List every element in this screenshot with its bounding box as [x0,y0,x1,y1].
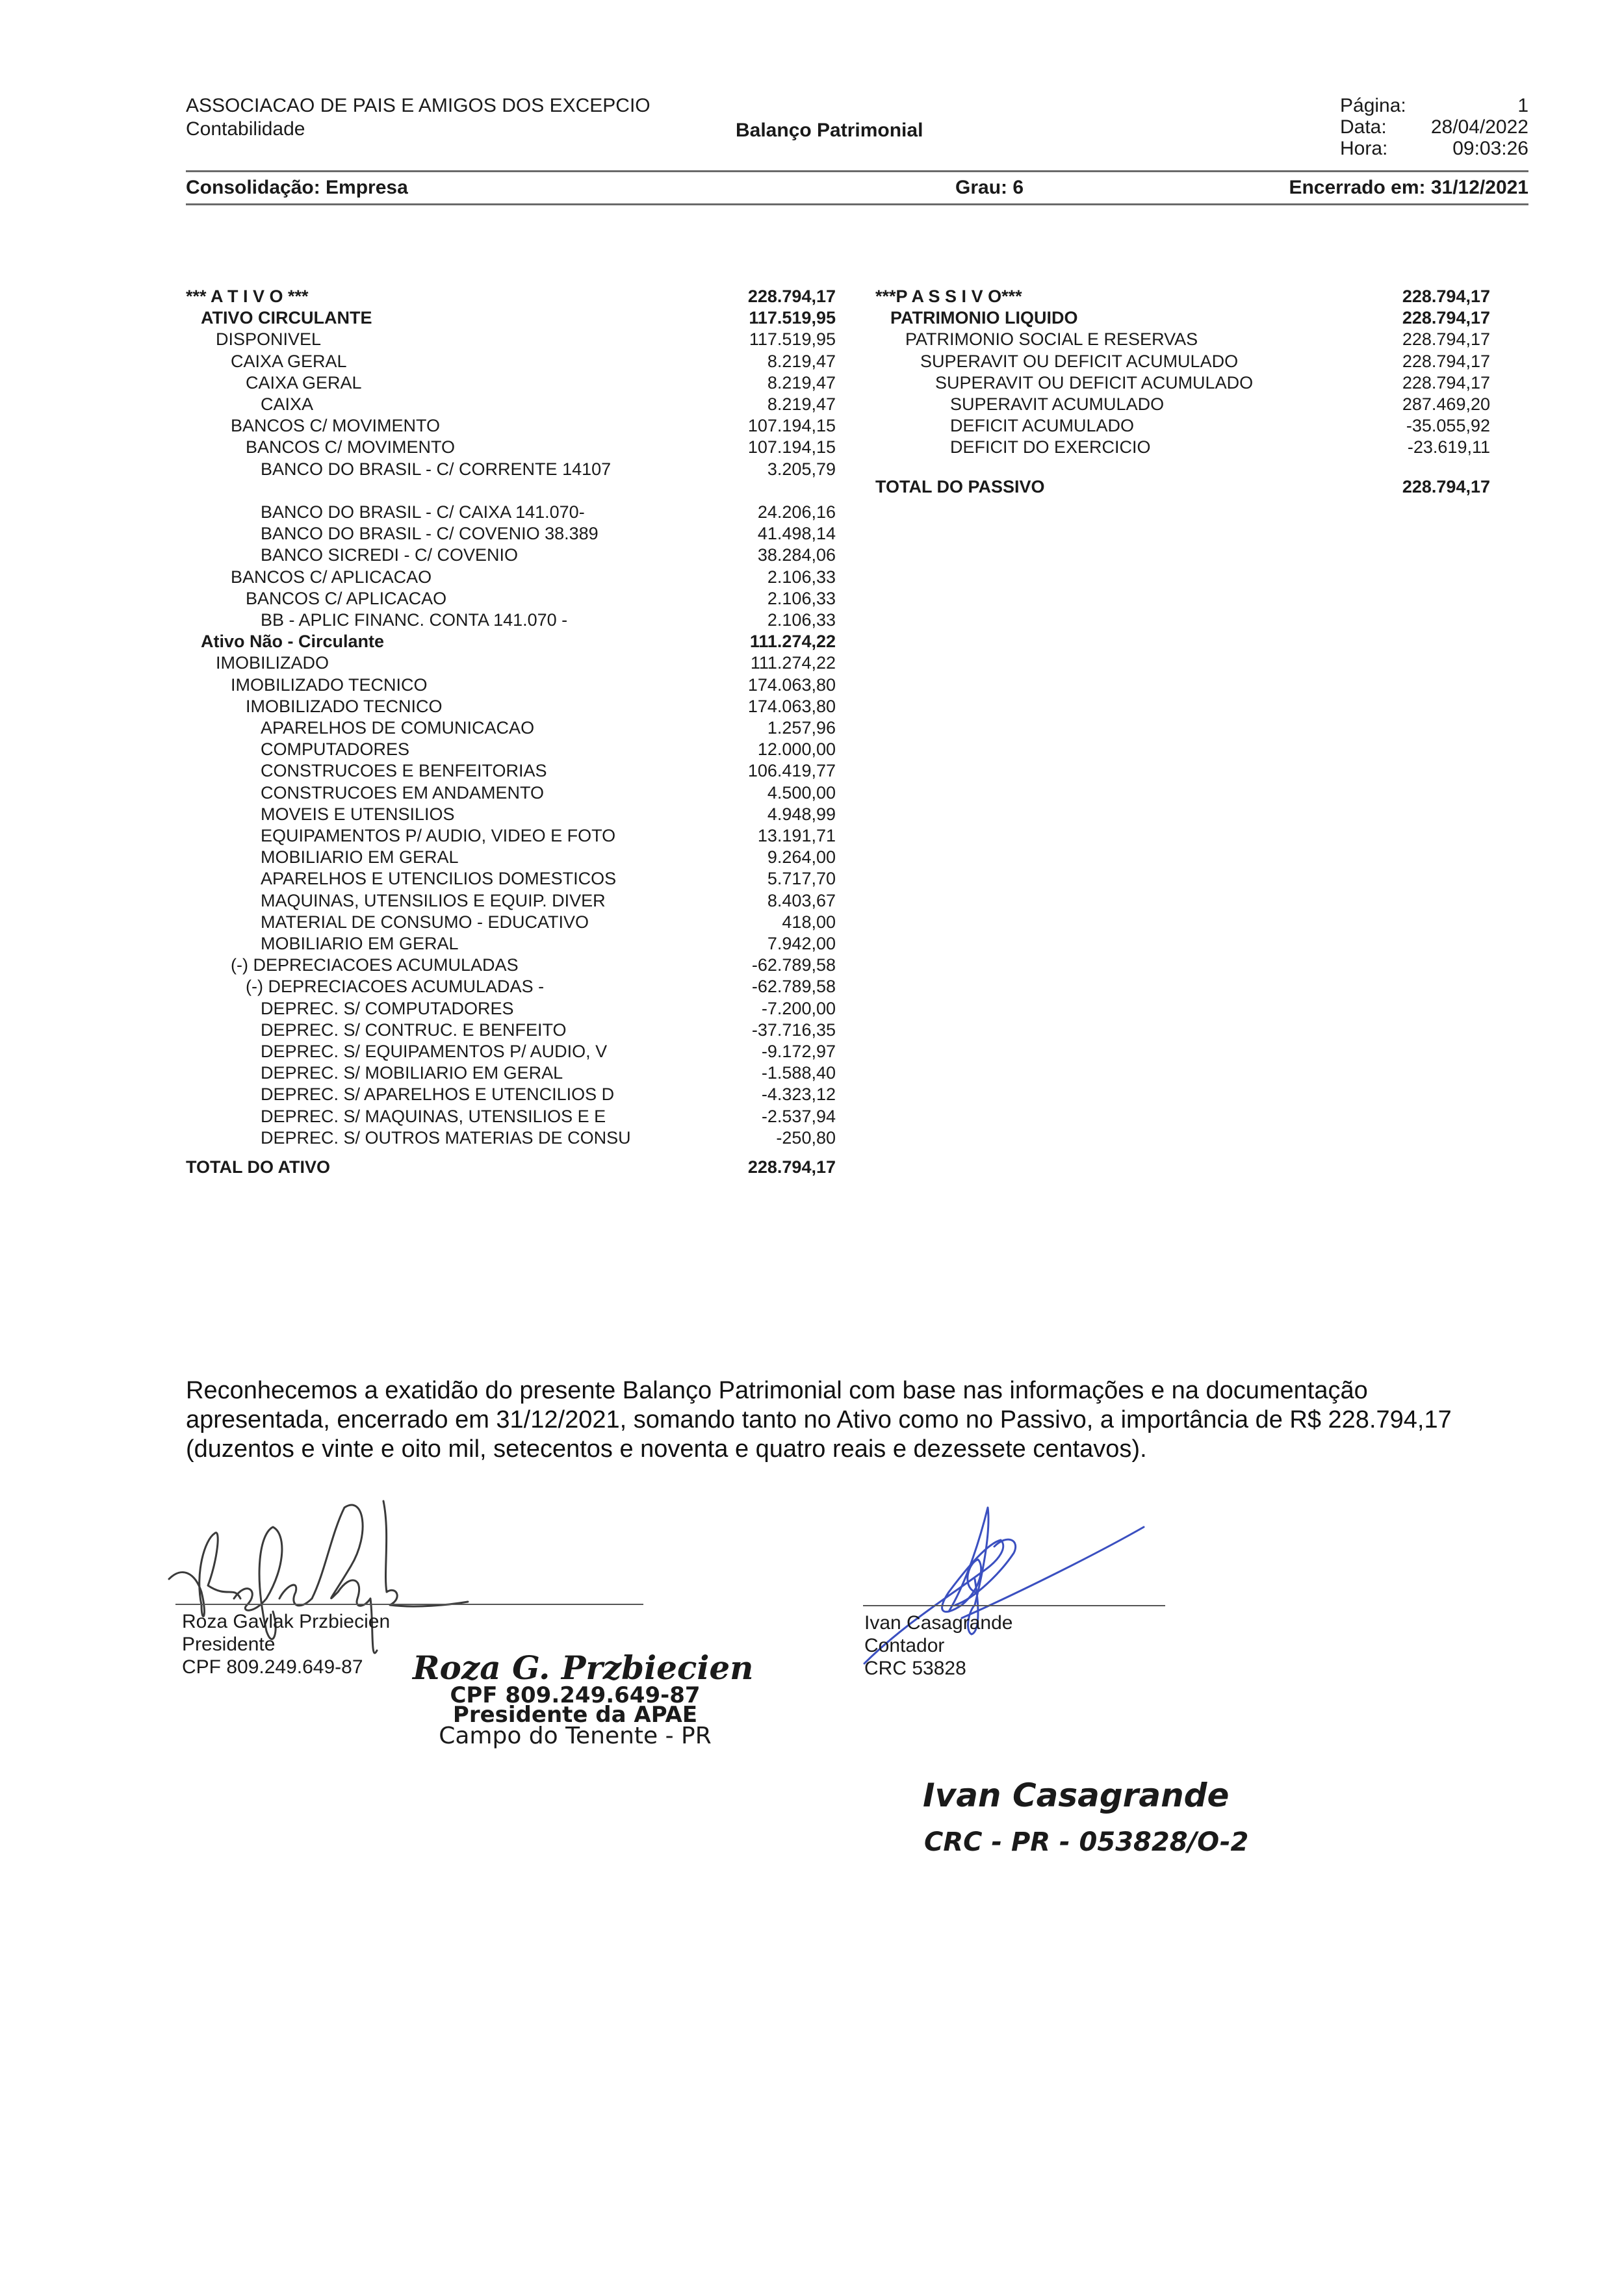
ativo-account-value: 111.274,22 [751,652,836,674]
ativo-account-value: -62.789,58 [752,955,836,976]
ativo-row: CONSTRUCOES EM ANDAMENTO4.500,00 [186,782,836,804]
ativo-account-value: 9.264,00 [767,847,836,868]
header-divider [186,170,1528,172]
passivo-account-value: 228.794,17 [1402,307,1490,329]
ativo-account-value: -37.716,35 [752,1020,836,1041]
ativo-account-value: 174.063,80 [748,696,836,717]
ativo-account-value: -4.323,12 [762,1084,836,1105]
ativo-account-value: 1.257,96 [767,717,836,739]
passivo-total-row: TOTAL DO PASSIVO 228.794,17 [875,476,1490,498]
department-name: Contabilidade [186,119,305,140]
grade-label: Grau: 6 [955,177,1024,198]
ativo-row: EQUIPAMENTOS P/ AUDIO, VIDEO E FOTO13.19… [186,825,836,847]
passivo-account-label: SUPERAVIT OU DEFICIT ACUMULADO [920,351,1238,372]
date-label: Data: [1340,117,1387,138]
ativo-account-value: -7.200,00 [762,998,836,1020]
time-value: 09:03:26 [1452,138,1528,159]
passivo-row: SUPERAVIT ACUMULADO287.469,20 [875,394,1490,415]
ativo-account-label: DEPREC. S/ EQUIPAMENTOS P/ AUDIO, V [261,1041,607,1062]
passivo-account-label: SUPERAVIT ACUMULADO [950,394,1164,415]
header-bottom-divider [186,203,1528,205]
ativo-account-value: -2.537,94 [762,1106,836,1127]
ativo-account-label: (-) DEPRECIACOES ACUMULADAS - [246,976,544,997]
ativo-row: DEPREC. S/ EQUIPAMENTOS P/ AUDIO, V-9.17… [186,1041,836,1062]
declaration-line: (duzentos e vinte e oito mil, setecentos… [186,1435,1590,1464]
ativo-account-label: BANCOS C/ APLICACAO [231,567,432,588]
ativo-account-label: DEPREC. S/ COMPUTADORES [261,998,514,1020]
ativo-row: ATIVO CIRCULANTE117.519,95 [186,307,836,329]
time-label: Hora: [1340,138,1387,159]
passivo-account-value: -23.619,11 [1408,437,1490,458]
ativo-account-label: CAIXA GERAL [246,372,362,394]
ativo-row: IMOBILIZADO TECNICO174.063,80 [186,674,836,696]
ativo-account-value: 5.717,70 [767,868,836,890]
passivo-row: PATRIMONIO SOCIAL E RESERVAS228.794,17 [875,329,1490,350]
ativo-row: BANCOS C/ APLICACAO2.106,33 [186,588,836,610]
ativo-total-label: TOTAL DO ATIVO [186,1157,330,1178]
ativo-row: DEPREC. S/ CONTRUC. E BENFEITO-37.716,35 [186,1020,836,1041]
report-title: Balanço Patrimonial [736,120,923,141]
ativo-row: CAIXA8.219,47 [186,394,836,415]
ativo-account-label: DEPREC. S/ CONTRUC. E BENFEITO [261,1020,567,1041]
ativo-account-label: BB - APLIC FINANC. CONTA 141.070 - [261,610,567,631]
closing-date: Encerrado em: 31/12/2021 [1289,177,1528,198]
ativo-account-value: 8.219,47 [767,351,836,372]
ativo-account-label: Ativo Não - Circulante [201,631,384,652]
ativo-row: COMPUTADORES12.000,00 [186,739,836,760]
ativo-account-label: DISPONIVEL [216,329,321,350]
ativo-row: BANCOS C/ MOVIMENTO107.194,15 [186,437,836,458]
page-number: 1 [1517,96,1528,116]
president-stamp-role: Presidente da APAE [413,1705,738,1725]
ativo-account-value: 107.194,15 [748,437,836,458]
ativo-account-value: 4.948,99 [767,804,836,825]
ativo-account-value: 2.106,33 [767,588,836,610]
declaration-line: Reconhecemos a exatidão do presente Bala… [186,1376,1590,1406]
ativo-account-label: DEPREC. S/ APARELHOS E UTENCILIOS D [261,1084,614,1105]
ativo-account-label: MOBILIARIO EM GERAL [261,847,459,868]
ativo-row: MOBILIARIO EM GERAL7.942,00 [186,933,836,955]
declaration-paragraph: Reconhecemos a exatidão do presente Bala… [186,1376,1590,1464]
president-cpf: CPF 809.249.649-87 [182,1656,363,1678]
ativo-row: BANCOS C/ MOVIMENTO107.194,15 [186,415,836,437]
ativo-account-label: BANCOS C/ MOVIMENTO [231,415,440,437]
president-stamp-name: Roza G. Przbiecien [413,1650,738,1686]
ativo-account-value: 12.000,00 [758,739,836,760]
organization-name: ASSOCIACAO DE PAIS E AMIGOS DOS EXCEPCIO [186,96,651,116]
passivo-account-value: 228.794,17 [1402,329,1490,350]
consolidation-label: Consolidação: Empresa [186,177,408,198]
ativo-account-value: 117.519,95 [749,329,836,350]
passivo-total-value: 228.794,17 [1402,476,1490,498]
ativo-row: APARELHOS DE COMUNICACAO1.257,96 [186,717,836,739]
ativo-account-value: 111.274,22 [750,631,836,652]
passivo-row: SUPERAVIT OU DEFICIT ACUMULADO228.794,17 [875,351,1490,372]
ativo-row: DISPONIVEL117.519,95 [186,329,836,350]
president-stamp: Roza G. Przbiecien CPF 809.249.649-87 Pr… [413,1650,738,1748]
ativo-account-value: 228.794,17 [748,286,836,307]
ativo-row: APARELHOS E UTENCILIOS DOMESTICOS5.717,7… [186,868,836,890]
ativo-row: DEPREC. S/ COMPUTADORES-7.200,00 [186,998,836,1020]
ativo-account-label: (-) DEPRECIACOES ACUMULADAS [231,955,519,976]
ativo-row: DEPREC. S/ APARELHOS E UTENCILIOS D-4.32… [186,1084,836,1105]
ativo-account-label: IMOBILIZADO [216,652,329,674]
ativo-row: Ativo Não - Circulante111.274,22 [186,631,836,652]
ativo-row: DEPREC. S/ OUTROS MATERIAS DE CONSU-250,… [186,1127,836,1149]
ativo-account-value: 418,00 [782,912,836,933]
ativo-account-value: 8.403,67 [767,890,836,912]
page-label: Página: [1340,96,1406,116]
ativo-account-value: 13.191,71 [758,825,836,847]
passivo-row: SUPERAVIT OU DEFICIT ACUMULADO228.794,17 [875,372,1490,394]
ativo-account-label: APARELHOS E UTENCILIOS DOMESTICOS [261,868,616,890]
ativo-account-value: -1.588,40 [762,1062,836,1084]
ativo-account-label: APARELHOS DE COMUNICACAO [261,717,534,739]
passivo-total-label: TOTAL DO PASSIVO [875,476,1045,498]
accountant-name: Ivan Casagrande [864,1612,1013,1634]
ativo-account-label: DEPREC. S/ MOBILIARIO EM GERAL [261,1062,563,1084]
accountant-role: Contador [864,1634,944,1657]
ativo-account-value: 38.284,06 [758,545,836,566]
ativo-row: MATERIAL DE CONSUMO - EDUCATIVO418,00 [186,912,836,933]
ativo-row: BANCO SICREDI - C/ COVENIO38.284,06 [186,545,836,566]
ativo-account-label: *** A T I V O *** [186,286,309,307]
ativo-row: *** A T I V O ***228.794,17 [186,286,836,307]
passivo-row: PATRIMONIO LIQUIDO228.794,17 [875,307,1490,329]
ativo-account-value: 4.500,00 [767,782,836,804]
accountant-stamp-name: Ivan Casagrande [923,1777,1229,1814]
ativo-account-value: -250,80 [776,1127,836,1149]
ativo-total-row: TOTAL DO ATIVO 228.794,17 [186,1157,836,1178]
accountant-crc: CRC 53828 [864,1657,966,1680]
ativo-row: BB - APLIC FINANC. CONTA 141.070 -2.106,… [186,610,836,631]
ativo-account-label: CONSTRUCOES EM ANDAMENTO [261,782,544,804]
passivo-account-label: DEFICIT ACUMULADO [950,415,1134,437]
passivo-account-value: 287.469,20 [1402,394,1490,415]
ativo-account-value: 117.519,95 [749,307,836,329]
ativo-account-value: 106.419,77 [748,760,836,782]
ativo-account-value: 2.106,33 [767,567,836,588]
ativo-row: CAIXA GERAL8.219,47 [186,372,836,394]
ativo-account-label: BANCO SICREDI - C/ COVENIO [261,545,518,566]
ativo-row: BANCOS C/ APLICACAO2.106,33 [186,567,836,588]
ativo-row: BANCO DO BRASIL - C/ COVENIO 38.38941.49… [186,523,836,545]
ativo-row: BANCO DO BRASIL - C/ CORRENTE 141073.205… [186,459,836,480]
ativo-account-value: 8.219,47 [767,372,836,394]
passivo-account-value: -35.055,92 [1406,415,1490,437]
ativo-account-value: 3.205,79 [767,459,836,480]
ativo-account-label: BANCO DO BRASIL - C/ CORRENTE 14107 [261,459,611,480]
ativo-total-value: 228.794,17 [748,1157,836,1178]
ativo-row: DEPREC. S/ MOBILIARIO EM GERAL-1.588,40 [186,1062,836,1084]
ativo-account-label: BANCOS C/ MOVIMENTO [246,437,455,458]
ativo-account-value: 41.498,14 [758,523,836,545]
ativo-account-label: ATIVO CIRCULANTE [201,307,372,329]
ativo-account-value: 7.942,00 [767,933,836,955]
ativo-row: (-) DEPRECIACOES ACUMULADAS --62.789,58 [186,976,836,997]
passivo-account-label: DEFICIT DO EXERCICIO [950,437,1151,458]
declaration-line: apresentada, encerrado em 31/12/2021, so… [186,1406,1590,1435]
president-stamp-location: Campo do Tenente - PR [413,1725,738,1748]
ativo-account-label: MOBILIARIO EM GERAL [261,933,459,955]
ativo-row: MOVEIS E UTENSILIOS4.948,99 [186,804,836,825]
passivo-row: ***P A S S I V O***228.794,17 [875,286,1490,307]
ativo-account-label: IMOBILIZADO TECNICO [246,696,443,717]
ativo-account-value: 174.063,80 [748,674,836,696]
ativo-account-label: MATERIAL DE CONSUMO - EDUCATIVO [261,912,589,933]
ativo-account-label: BANCO DO BRASIL - C/ COVENIO 38.389 [261,523,599,545]
ativo-account-label: MOVEIS E UTENSILIOS [261,804,455,825]
ativo-account-label: CONSTRUCOES E BENFEITORIAS [261,760,547,782]
ativo-account-value: -62.789,58 [752,976,836,997]
ativo-account-label: BANCO DO BRASIL - C/ CAIXA 141.070- [261,502,585,523]
ativo-account-label: EQUIPAMENTOS P/ AUDIO, VIDEO E FOTO [261,825,615,847]
ativo-row: IMOBILIZADO TECNICO174.063,80 [186,696,836,717]
ativo-row: CONSTRUCOES E BENFEITORIAS106.419,77 [186,760,836,782]
ativo-account-value: 24.206,16 [758,502,836,523]
ativo-account-label: MAQUINAS, UTENSILIOS E EQUIP. DIVER [261,890,606,912]
ativo-row: CAIXA GERAL8.219,47 [186,351,836,372]
ativo-account-label: DEPREC. S/ OUTROS MATERIAS DE CONSU [261,1127,631,1149]
president-name: Roza Gavlak Przbiecien [182,1610,390,1633]
ativo-account-label: IMOBILIZADO TECNICO [231,674,428,696]
accountant-stamp-crc: CRC - PR - 053828/O-2 [924,1827,1248,1857]
ativo-account-label: DEPREC. S/ MAQUINAS, UTENSILIOS E E [261,1106,606,1127]
ativo-account-label: COMPUTADORES [261,739,409,760]
ativo-account-label: BANCOS C/ APLICACAO [246,588,446,610]
passivo-account-label: ***P A S S I V O*** [875,286,1022,307]
ativo-account-label: CAIXA [261,394,313,415]
ativo-row: MAQUINAS, UTENSILIOS E EQUIP. DIVER8.403… [186,890,836,912]
ativo-account-label: CAIXA GERAL [231,351,347,372]
passivo-account-value: 228.794,17 [1402,372,1490,394]
ativo-account-value: 2.106,33 [767,610,836,631]
ativo-account-value: -9.172,97 [762,1041,836,1062]
passivo-row: DEFICIT ACUMULADO-35.055,92 [875,415,1490,437]
passivo-account-value: 228.794,17 [1402,351,1490,372]
accountant-signature-line [863,1605,1165,1606]
passivo-account-label: SUPERAVIT OU DEFICIT ACUMULADO [935,372,1253,394]
passivo-account-label: PATRIMONIO LIQUIDO [890,307,1077,329]
passivo-account-label: PATRIMONIO SOCIAL E RESERVAS [905,329,1198,350]
ativo-account-value: 107.194,15 [748,415,836,437]
date-value: 28/04/2022 [1431,117,1528,138]
passivo-account-value: 228.794,17 [1402,286,1490,307]
president-signature-line [175,1604,643,1605]
ativo-row: (-) DEPRECIACOES ACUMULADAS-62.789,58 [186,955,836,976]
president-role: Presidente [182,1633,275,1656]
ativo-row: BANCO DO BRASIL - C/ CAIXA 141.070-24.20… [186,502,836,523]
passivo-row: DEFICIT DO EXERCICIO-23.619,11 [875,437,1490,458]
ativo-row: IMOBILIZADO111.274,22 [186,652,836,674]
ativo-row: MOBILIARIO EM GERAL9.264,00 [186,847,836,868]
ativo-account-value: 8.219,47 [767,394,836,415]
ativo-row: DEPREC. S/ MAQUINAS, UTENSILIOS E E-2.53… [186,1106,836,1127]
